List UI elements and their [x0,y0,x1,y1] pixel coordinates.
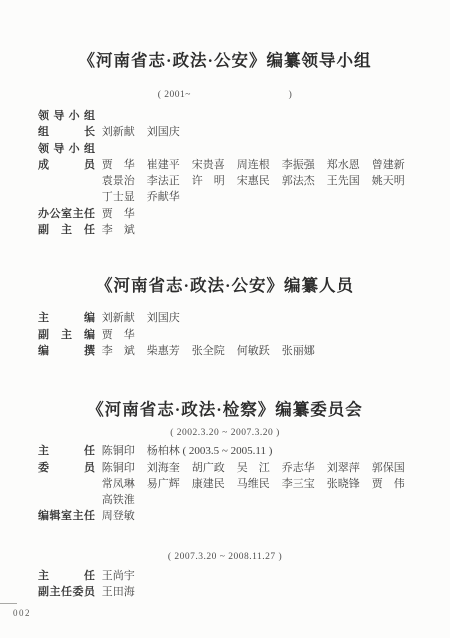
page-footer: 002 [0,603,31,618]
person-name: 张丽娜 [282,345,315,357]
section3-period1-rows: 主任 陈铜印杨柏林 ( 2003.5 ~ 2005.11 ) 委员 陈铜印刘海奎… [0,443,450,524]
names-list: 袁景治李法正许 明宋惠民郭法杰王先国姚天明 [102,175,417,187]
person-name: 宋贵喜 [192,159,225,171]
section3-period2-date-range: ( 2007.3.20 ~ 2008.11.27 ) [0,550,450,564]
section2-title: 《河南省志·政法·公安》编纂人员 [0,275,450,297]
section1-rows: 领导小组 组长 刘新献刘国庆 领导小组 成员 贾 华崔建平宋贵喜周连根李振强郑水… [0,108,450,238]
section1-title: 《河南省志·政法·公安》编纂领导小组 [0,50,450,72]
row-deputy-director: 副主任 李 斌 [0,222,450,238]
person-name: 吴 江 [237,462,270,474]
person-name: 胡广政 [192,462,225,474]
book-page: 《河南省志·政法·公安》编纂领导小组 ( 2001~ ) 领导小组 组长 刘新献… [0,0,450,638]
person-name: 刘翠萍 [327,462,360,474]
row-label: 主编 [38,310,95,326]
section3-title: 《河南省志·政法·检察》编纂委员会 [0,399,450,421]
row-group-heading-1: 领导小组 [0,108,450,124]
row-label: 主任 [38,443,95,459]
person-name: 何敏跃 [237,345,270,357]
row-members-line1: 成员 贾 华崔建平宋贵喜周连根李振强郑水恩曾建新 [0,157,450,173]
row-label: 副主编 [38,327,95,343]
section2-rows: 主编 刘新献刘国庆 副主编 贾 华 编撰 李 斌柴惠芳张全院何敏跃张丽娜 [0,310,450,359]
row-label: 编辑室主任 [38,508,95,524]
person-name: 马维民 [237,478,270,490]
row-label: 组长 [38,124,95,140]
names-list: 陈铜印刘海奎胡广政吴 江乔志华刘翠萍郭保国 [102,462,417,474]
row-compilers: 编撰 李 斌柴惠芳张全院何敏跃张丽娜 [0,343,450,359]
row-members-line2: 袁景治李法正许 明宋惠民郭法杰王先国姚天明 [0,173,450,189]
person-name: 易广辉 [147,478,180,490]
person-name: 刘新献 [102,126,135,138]
names-list: 周登敏 [102,510,147,522]
row-leader: 组长 刘新献刘国庆 [0,124,450,140]
person-name: 乔志华 [282,462,315,474]
page-number: 002 [13,608,31,618]
person-name: 李法正 [147,175,180,187]
names-list: 刘新献刘国庆 [102,312,192,324]
row-chief-editor: 主编 刘新献刘国庆 [0,310,450,326]
person-name: 刘国庆 [147,126,180,138]
row-label: 主任 [38,568,95,584]
row-director: 主任 王尚宇 [0,568,450,584]
person-name: 杨柏林 ( 2003.5 ~ 2005.11 ) [147,445,273,457]
person-name: 刘海奎 [147,462,180,474]
person-name: 张全院 [192,345,225,357]
person-name: 崔建平 [147,159,180,171]
names-list: 陈铜印杨柏林 ( 2003.5 ~ 2005.11 ) [102,445,285,457]
names-list: 高铁淮 [102,494,147,506]
names-list: 王田海 [102,586,147,598]
person-name: 康建民 [192,478,225,490]
person-name: 曾建新 [372,159,405,171]
person-name: 贾 伟 [372,478,405,490]
person-name: 李 斌 [102,224,135,236]
person-name: 常凤琳 [102,478,135,490]
person-name: 贾 华 [102,208,135,220]
person-name: 郭法杰 [282,175,315,187]
names-list: 王尚宇 [102,570,147,582]
section3-period1-date-range: ( 2002.3.20 ~ 2007.3.20 ) [0,426,450,440]
person-name: 贾 华 [102,159,135,171]
person-name: 李 斌 [102,345,135,357]
person-name: 袁景治 [102,175,135,187]
row-label: 领导小组 [38,141,95,157]
row-deputy-editor: 副主编 贾 华 [0,327,450,343]
row-editorial-office-director: 编辑室主任 周登敏 [0,508,450,524]
person-name: 柴惠芳 [147,345,180,357]
person-name: 陈铜印 [102,462,135,474]
row-label: 领导小组 [38,108,95,124]
person-name: 乔献华 [147,191,180,203]
names-list: 常凤琳易广辉康建民马维民李三宝张晓锋贾 伟 [102,478,417,490]
person-name: 宋惠民 [237,175,270,187]
person-name: 丁士显 [102,191,135,203]
person-name: 王田海 [102,586,135,598]
person-name: 姚天明 [372,175,405,187]
row-director: 主任 陈铜印杨柏林 ( 2003.5 ~ 2005.11 ) [0,443,450,459]
person-name: 贾 华 [102,329,135,341]
row-label: 办公室主任 [38,206,95,222]
person-name: 刘新献 [102,312,135,324]
person-name: 高铁淮 [102,494,135,506]
person-name: 周连根 [237,159,270,171]
person-name: 李振强 [282,159,315,171]
section1-date-range: ( 2001~ ) [0,88,450,102]
names-list: 刘新献刘国庆 [102,126,192,138]
person-name: 李三宝 [282,478,315,490]
row-office-director: 办公室主任 贾 华 [0,206,450,222]
person-name: 王先国 [327,175,360,187]
names-list: 贾 华 [102,329,147,341]
person-name: 许 明 [192,175,225,187]
person-name: 刘国庆 [147,312,180,324]
row-members-line3: 丁士显乔献华 [0,189,450,205]
row-committee-line2: 常凤琳易广辉康建民马维民李三宝张晓锋贾 伟 [0,476,450,492]
names-list: 李 斌柴惠芳张全院何敏跃张丽娜 [102,345,327,357]
row-label: 编撰 [38,343,95,359]
row-label: 成员 [38,157,95,173]
names-list: 贾 华 [102,208,147,220]
row-label: 副主任 [38,222,95,238]
row-committee-line1: 委员 陈铜印刘海奎胡广政吴 江乔志华刘翠萍郭保国 [0,460,450,476]
person-name: 陈铜印 [102,445,135,457]
person-name: 郑水恩 [327,159,360,171]
folio-rule [0,603,17,604]
row-group-heading-2: 领导小组 [0,141,450,157]
row-deputy-director-member: 副主任委员 王田海 [0,584,450,600]
names-list: 丁士显乔献华 [102,191,192,203]
row-label: 委员 [38,460,95,476]
section3-period2-rows: 主任 王尚宇 副主任委员 王田海 [0,568,450,601]
person-name: 郭保国 [372,462,405,474]
row-committee-line3: 高铁淮 [0,492,450,508]
person-name: 周登敏 [102,510,135,522]
names-list: 李 斌 [102,224,147,236]
person-name: 张晓锋 [327,478,360,490]
row-label: 副主任委员 [38,584,95,600]
person-name: 王尚宇 [102,570,135,582]
names-list: 贾 华崔建平宋贵喜周连根李振强郑水恩曾建新 [102,159,417,171]
